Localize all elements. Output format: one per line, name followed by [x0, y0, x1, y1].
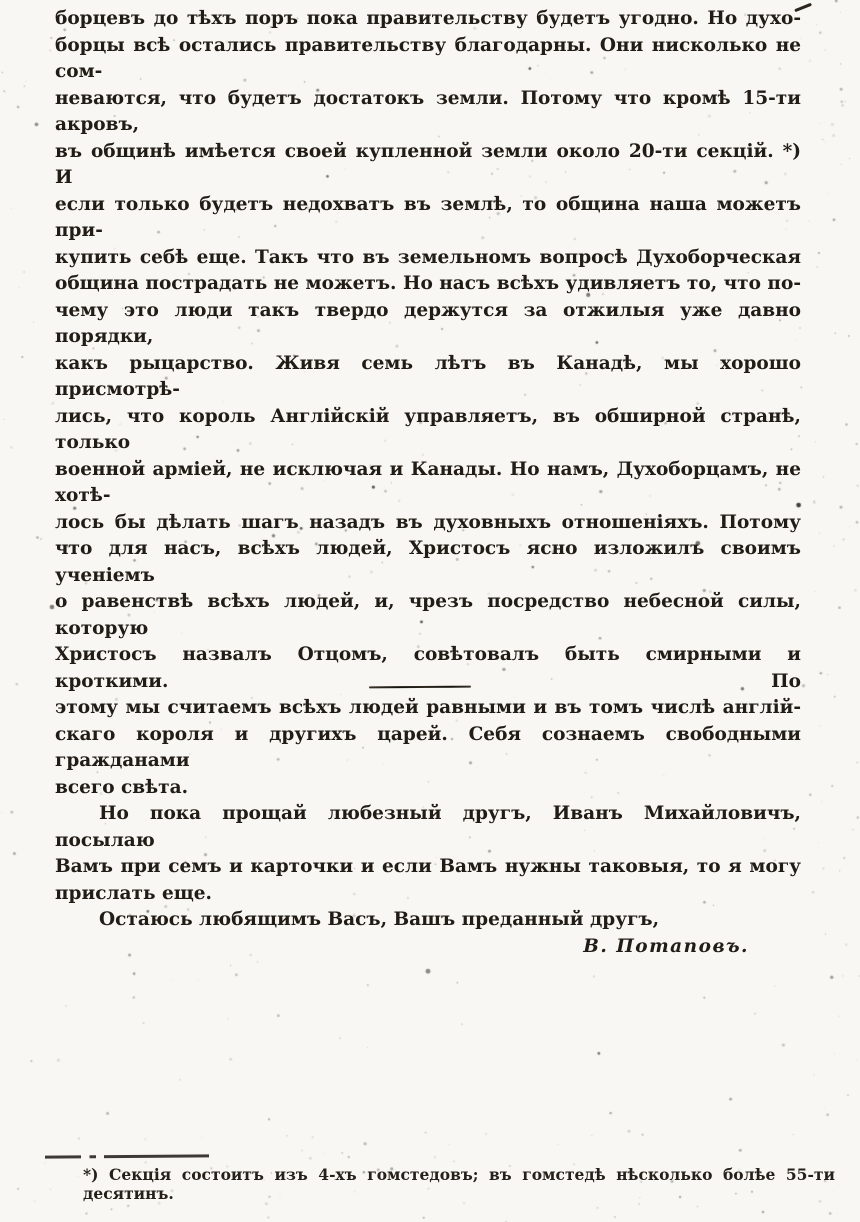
- text-line: какъ рыцарство. Живя семь лѣтъ въ Канадѣ…: [55, 351, 801, 404]
- text-line: борцы всѣ остались правительству благода…: [55, 33, 801, 86]
- text-line: военной арміей, не исключая и Канады. Но…: [55, 457, 801, 510]
- text-line: о равенствѣ всѣхъ людей, и, чрезъ посред…: [55, 589, 801, 642]
- footnote: *) Секція состоитъ изъ 4-хъ гомстедовъ; …: [45, 1155, 837, 1203]
- text-line: борцевъ до тѣхъ поръ пока правительству …: [55, 6, 801, 33]
- text-line: этому мы считаемъ всѣхъ людей равными и …: [55, 695, 801, 722]
- text-line: Но пока прощай любезный другъ, Иванъ Мих…: [55, 801, 801, 854]
- text-line: неваются, что будетъ достатокъ земли. По…: [55, 86, 801, 139]
- text-line: скаго короля и другихъ царей. Себя созна…: [55, 722, 801, 775]
- signature: В. Потаповъ.: [55, 934, 801, 961]
- text-line: въ общинѣ имѣется своей купленной земли …: [55, 139, 801, 192]
- letter-text-block: борцевъ до тѣхъ поръ пока правительству …: [55, 6, 801, 960]
- text-line: купить себѣ еще. Такъ что въ земельномъ …: [55, 245, 801, 272]
- footnote-text: Секція состоитъ изъ 4-хъ гомстедовъ; въ …: [83, 1165, 835, 1203]
- text-line: всего свѣта.: [55, 775, 801, 802]
- text-line: что для насъ, всѣхъ людей, Христосъ ясно…: [55, 536, 801, 589]
- scanned-page: борцевъ до тѣхъ поръ пока правительству …: [0, 0, 860, 1222]
- text-line: Вамъ при семъ и карточки и если Вамъ нуж…: [55, 854, 801, 881]
- text-line: община пострадать не можетъ. Но насъ всѣ…: [55, 271, 801, 298]
- text-line: чему это люди такъ твердо держутся за от…: [55, 298, 801, 351]
- footnote-text-line: *) Секція состоитъ изъ 4-хъ гомстедовъ; …: [83, 1165, 835, 1203]
- footnote-separator-rule: [45, 1154, 209, 1158]
- letter-body: борцевъ до тѣхъ поръ пока правительству …: [55, 6, 801, 934]
- text-line: лось бы дѣлать шагъ назадъ въ духовныхъ …: [55, 510, 801, 537]
- text-line: лись, что король Англійскій управляетъ, …: [55, 404, 801, 457]
- text-line: если только будетъ недохватъ въ землѣ, т…: [55, 192, 801, 245]
- text-line: прислать еще.: [55, 881, 801, 908]
- text-line: Остаюсь любящимъ Васъ, Вашъ преданный др…: [55, 907, 801, 934]
- footnote-marker: *): [83, 1165, 98, 1184]
